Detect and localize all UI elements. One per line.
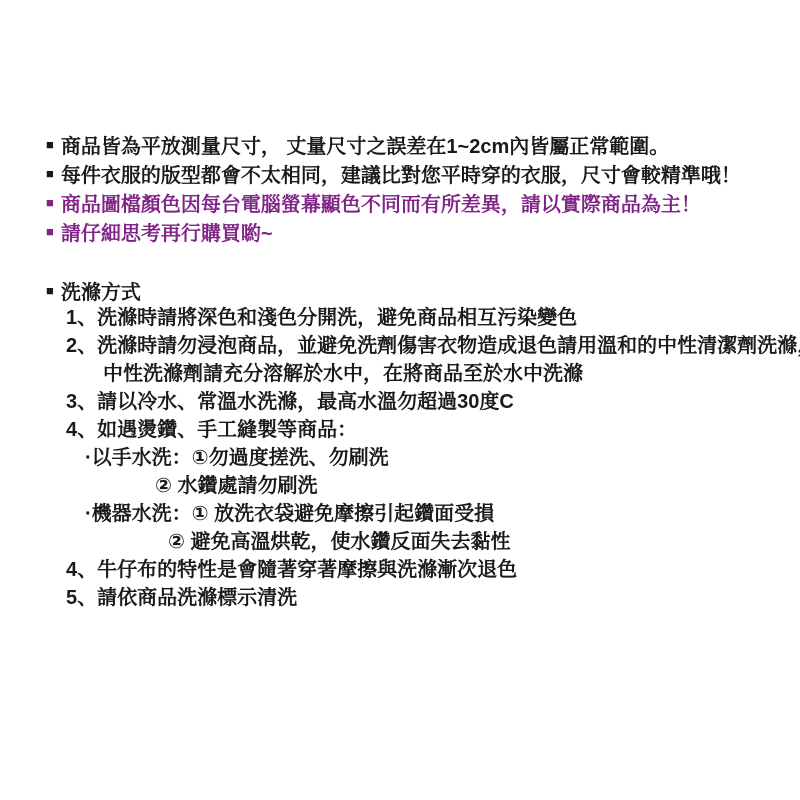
square-bullet-icon: ■	[46, 225, 54, 238]
square-bullet-icon: ■	[46, 167, 54, 180]
square-bullet-icon: ■	[46, 138, 54, 151]
product-info-document: ■ 商品皆為平放測量尺寸， 丈量尺寸之誤差在1~2cm內皆屬正常範圍。 ■ 每件…	[0, 0, 800, 800]
washing-step: 5、請依商品洗滌標示清洗	[46, 584, 780, 612]
notice-line: ■ 商品圖檔顏色因每台電腦螢幕顯色不同而有所差異，請以實際商品為主！	[46, 188, 780, 217]
notice-text: 商品圖檔顏色因每台電腦螢幕顯色不同而有所差異，請以實際商品為主！	[61, 188, 701, 217]
notice-text: 商品皆為平放測量尺寸， 丈量尺寸之誤差在1~2cm內皆屬正常範圍。	[61, 130, 669, 159]
notice-text: 每件衣服的版型都會不太相同，建議比對您平時穿的衣服，尺寸會較精準哦！	[61, 159, 741, 188]
washing-heading: ■ 洗滌方式	[46, 276, 780, 304]
washing-step: 1、洗滌時請將深色和淺色分開洗，避免商品相互污染變色	[46, 304, 780, 332]
notice-line: ■ 每件衣服的版型都會不太相同，建議比對您平時穿的衣服，尺寸會較精準哦！	[46, 159, 780, 188]
washing-step: 4、牛仔布的特性是會隨著穿著摩擦與洗滌漸次退色	[46, 556, 780, 584]
washing-substep-machinewash: ·機器水洗：① 放洗衣袋避免摩擦引起鑽面受損	[46, 500, 780, 528]
square-bullet-icon: ■	[46, 284, 54, 297]
washing-heading-text: 洗滌方式	[61, 276, 141, 305]
washing-step: 2、洗滌時請勿浸泡商品，並避免洗劑傷害衣物造成退色請用溫和的中性清潔劑洗滌，	[46, 332, 780, 360]
washing-step: 4、如遇燙鑽、手工縫製等商品：	[46, 416, 780, 444]
washing-substep-detail: ② 避免高溫烘乾，使水鑽反面失去黏性	[46, 528, 780, 556]
square-bullet-icon: ■	[46, 196, 54, 209]
washing-substep-handwash: ·以手水洗：①勿過度搓洗、勿刷洗	[46, 444, 780, 472]
notice-text: 請仔細思考再行購買喲~	[61, 217, 273, 246]
washing-instructions-section: ■ 洗滌方式 1、洗滌時請將深色和淺色分開洗，避免商品相互污染變色 2、洗滌時請…	[46, 276, 780, 612]
notices-section: ■ 商品皆為平放測量尺寸， 丈量尺寸之誤差在1~2cm內皆屬正常範圍。 ■ 每件…	[46, 130, 780, 246]
notice-line: ■ 商品皆為平放測量尺寸， 丈量尺寸之誤差在1~2cm內皆屬正常範圍。	[46, 130, 780, 159]
notice-line: ■ 請仔細思考再行購買喲~	[46, 217, 780, 246]
washing-step-continuation: 中性洗滌劑請充分溶解於水中，在將商品至於水中洗滌	[46, 360, 780, 388]
washing-step: 3、請以冷水、常溫水洗滌，最高水溫勿超過30度C	[46, 388, 780, 416]
washing-substep-detail: ② 水鑽處請勿刷洗	[46, 472, 780, 500]
